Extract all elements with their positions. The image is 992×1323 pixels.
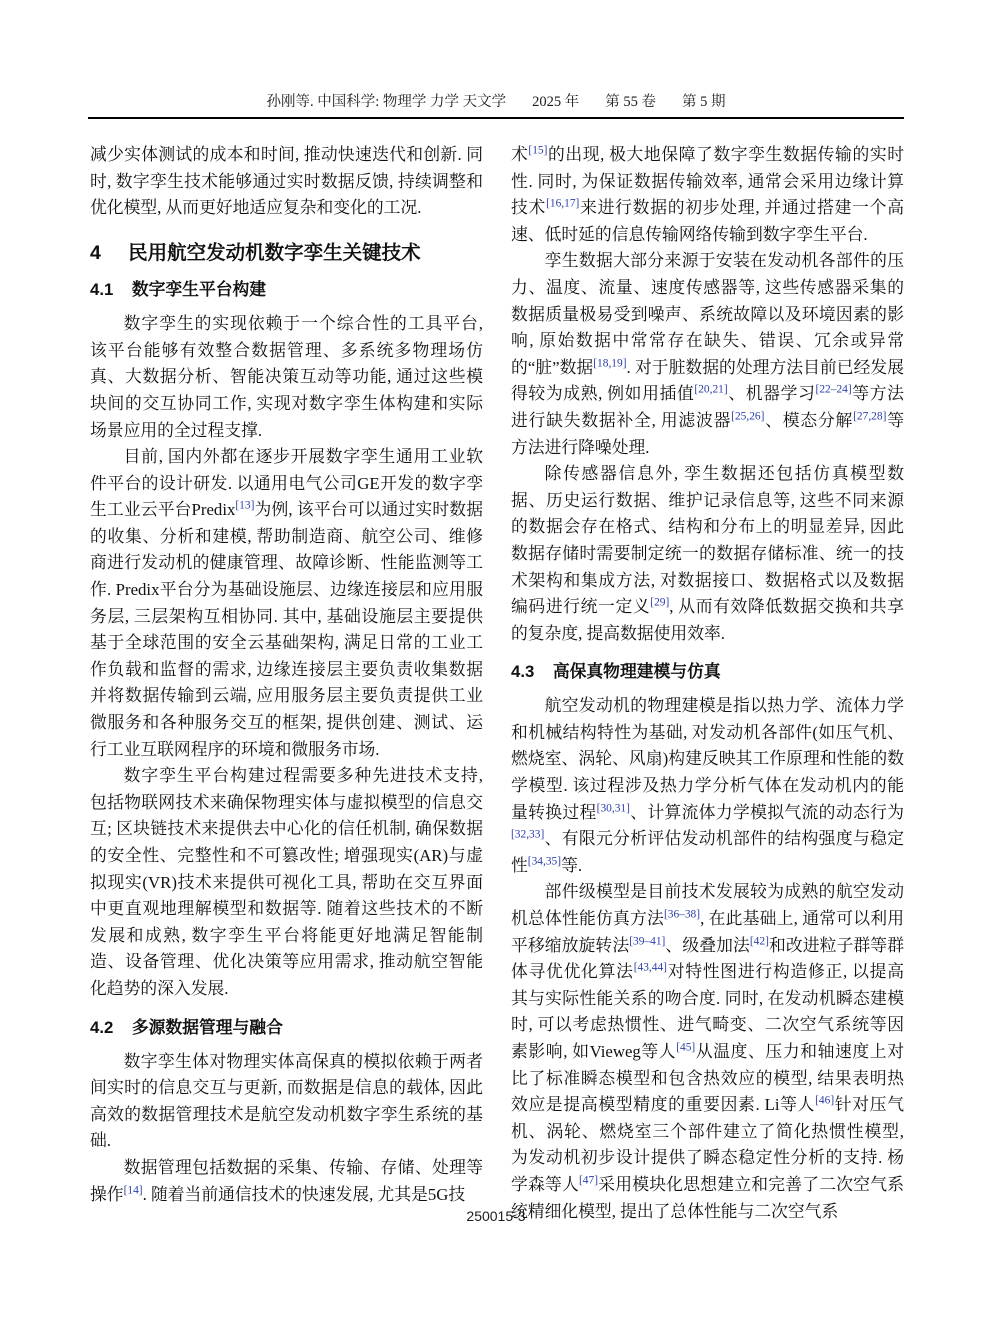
header-authors-journal: 孙刚等. 中国科学: 物理学 力学 天文学 (266, 94, 506, 110)
citation-ref[interactable]: [22–24] (816, 384, 852, 396)
citation-ref[interactable]: [30,31] (597, 802, 630, 814)
citation-ref[interactable]: [34,35] (528, 855, 561, 867)
heading-title: 民用航空发动机数字孪生关键技术 (128, 242, 421, 264)
citation-ref[interactable]: [43,44] (634, 962, 667, 974)
citation-ref[interactable]: [39–41] (629, 935, 665, 947)
citation-ref[interactable]: [25,26] (731, 410, 764, 422)
citation-ref[interactable]: [36–38] (664, 908, 700, 920)
paragraph: 减少实体测试的成本和时间, 推动快速迭代和创新. 同时, 数字孪生技术能够通过实… (90, 142, 483, 222)
subsection-heading: 4.2多源数据管理与融合 (90, 1018, 483, 1039)
paragraph: 孪生数据大部分来源于安装在发动机各部件的压力、温度、流量、速度传感器等, 这些传… (511, 248, 904, 461)
citation-ref[interactable]: [29] (650, 597, 669, 609)
heading-title: 多源数据管理与融合 (132, 1018, 283, 1037)
citation-ref[interactable]: [46] (815, 1095, 834, 1107)
citation-ref[interactable]: [15] (528, 144, 547, 156)
citation-ref[interactable]: [42] (750, 935, 769, 947)
heading-title: 数字孪生平台构建 (132, 280, 266, 299)
paragraph: 数据管理包括数据的采集、传输、存储、处理等操作[14]. 随着当前通信技术的快速… (90, 1155, 483, 1208)
header-issue: 第 5 期 (682, 94, 726, 110)
citation-ref[interactable]: [14] (124, 1184, 143, 1196)
citation-ref[interactable]: [27,28] (853, 410, 886, 422)
running-header: 孙刚等. 中国科学: 物理学 力学 天文学2025 年第 55 卷第 5 期 (0, 90, 992, 111)
citation-ref[interactable]: [32,33] (511, 829, 544, 841)
right-column: 术[15]的出现, 极大地保障了数字孪生数据传输的实时性. 同时, 为保证数据传… (511, 142, 904, 1225)
citation-ref[interactable]: [47] (579, 1174, 598, 1186)
header-volume: 第 55 卷 (605, 94, 656, 110)
section-heading: 4民用航空发动机数字孪生关键技术 (90, 241, 483, 265)
citation-ref[interactable]: [18,19] (593, 357, 626, 369)
heading-title: 高保真物理建模与仿真 (553, 662, 721, 681)
page-number: 250015-3 (466, 1208, 525, 1224)
paragraph: 数字孪生的实现依赖于一个综合性的工具平台, 该平台能够有效整合数据管理、多系统多… (90, 311, 483, 444)
subsection-heading: 4.1数字孪生平台构建 (90, 280, 483, 301)
heading-number: 4.2 (90, 1018, 113, 1037)
page-footer: 250015-3 (0, 1208, 992, 1224)
paragraph: 部件级模型是目前技术发展较为成熟的航空发动机总体性能仿真方法[36–38], 在… (511, 879, 904, 1225)
paragraph: 数字孪生体对物理实体高保真的模拟依赖于两者间实时的信息交互与更新, 而数据是信息… (90, 1049, 483, 1155)
paragraph: 术[15]的出现, 极大地保障了数字孪生数据传输的实时性. 同时, 为保证数据传… (511, 142, 904, 248)
paragraph: 目前, 国内外都在逐步开展数字孪生通用工业软件平台的设计研发. 以通用电气公司G… (90, 444, 483, 763)
paragraph: 数字孪生平台构建过程需要多种先进技术支持, 包括物联网技术来确保物理实体与虚拟模… (90, 763, 483, 1002)
heading-number: 4.1 (90, 280, 113, 299)
heading-number: 4.3 (511, 662, 534, 681)
paragraph: 除传感器信息外, 孪生数据还包括仿真模型数据、历史运行数据、维护记录信息等, 这… (511, 461, 904, 647)
paragraph: 航空发动机的物理建模是指以热力学、流体力学和机械结构特性为基础, 对发动机各部件… (511, 693, 904, 879)
left-column: 减少实体测试的成本和时间, 推动快速迭代和创新. 同时, 数字孪生技术能够通过实… (90, 142, 483, 1225)
citation-ref[interactable]: [13] (235, 500, 254, 512)
page-body: 减少实体测试的成本和时间, 推动快速迭代和创新. 同时, 数字孪生技术能够通过实… (90, 142, 904, 1225)
header-year: 2025 年 (532, 94, 579, 110)
citation-ref[interactable]: [16,17] (546, 198, 579, 210)
citation-ref[interactable]: [20,21] (694, 384, 727, 396)
header-rule (88, 117, 904, 119)
subsection-heading: 4.3高保真物理建模与仿真 (511, 662, 904, 683)
heading-number: 4 (90, 242, 101, 264)
citation-ref[interactable]: [45] (676, 1041, 695, 1053)
